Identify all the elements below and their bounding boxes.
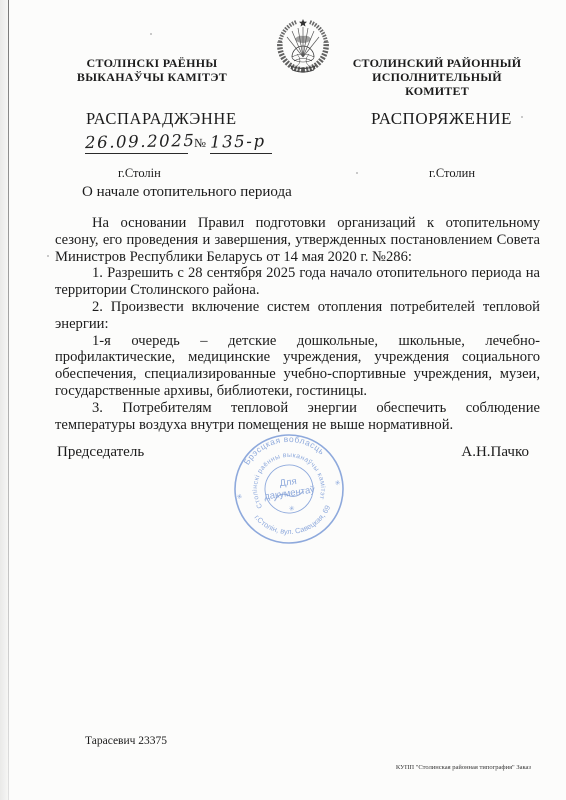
svg-text:Брэсцкая вобласць: Брэсцкая вобласць [239, 428, 328, 467]
scan-edge-line [8, 0, 9, 800]
number-sign: № [194, 136, 206, 154]
signer-name: А.Н.Пачко [461, 444, 529, 461]
city-russian: г.Столин [429, 166, 475, 181]
stamp-ring-top: Брэсцкая вобласць [239, 428, 328, 467]
stamp-star-bottom-icon: ✳ [288, 504, 295, 513]
scan-speckle [521, 116, 523, 118]
date-field: 26.09.2025 [85, 132, 188, 154]
stamp-center-line2: дакументаў [264, 484, 316, 502]
paragraph-queue-1: 1-я очередь – детские дошкольные, школьн… [55, 333, 540, 400]
number-field: 135-р [210, 132, 272, 154]
org-by-line1: СТОЛІНСКІ РАЁННЫ [72, 56, 232, 70]
stamp-star-left-icon: ✳ [236, 493, 243, 502]
org-name-belarusian: СТОЛІНСКІ РАЁННЫ ВЫКАНАЎЧЫ КАМІТЭТ [72, 56, 232, 84]
org-by-line2: ВЫКАНАЎЧЫ КАМІТЭТ [72, 70, 232, 84]
scanned-document-page: СТОЛІНСКІ РАЁННЫ ВЫКАНАЎЧЫ КАМІТЭТ [0, 0, 566, 800]
doc-body: На основании Правил подготовки организац… [55, 215, 540, 433]
scan-edge-shadow [0, 0, 8, 800]
city-belarusian: г.Столін [118, 166, 161, 181]
paragraph-point-1: 1. Разрешить с 28 сентября 2025 года нач… [55, 265, 540, 299]
scan-speckle [150, 33, 152, 35]
doc-subject: О начале отопительного периода [82, 184, 292, 201]
round-stamp-seal: Брэсцкая вобласць г.Столін, вул. Савецка… [220, 423, 359, 555]
signer-position: Председатель [57, 444, 144, 461]
print-house-note: КУПП "Столинская районная типография" За… [396, 764, 531, 771]
handwritten-number: 135-р [210, 131, 266, 151]
belarus-coat-of-arms-icon [275, 17, 331, 73]
paragraph-basis: На основании Правил подготовки организац… [55, 215, 540, 265]
org-ru-line1: СТОЛИНСКИЙ РАЙОННЫЙ [352, 56, 522, 70]
org-ru-line2: ИСПОЛНИТЕЛЬНЫЙ КОМИТЕТ [352, 70, 522, 98]
scan-speckle [47, 255, 49, 257]
scan-speckle [356, 172, 358, 174]
date-number-line: 26.09.2025№135-р [85, 132, 272, 160]
org-name-russian: СТОЛИНСКИЙ РАЙОННЫЙ ИСПОЛНИТЕЛЬНЫЙ КОМИТ… [352, 56, 522, 98]
doc-type-russian: РАСПОРЯЖЕНИЕ [371, 109, 512, 129]
doc-type-belarusian: РАСПАРАДЖЭННЕ [86, 109, 237, 129]
handwritten-date: 26.09.2025 [85, 131, 196, 152]
paragraph-point-2: 2. Произвести включение систем отопления… [55, 299, 540, 333]
executor-note: Тарасевич 23375 [85, 735, 167, 747]
stamp-star-right-icon: ✳ [334, 479, 341, 488]
